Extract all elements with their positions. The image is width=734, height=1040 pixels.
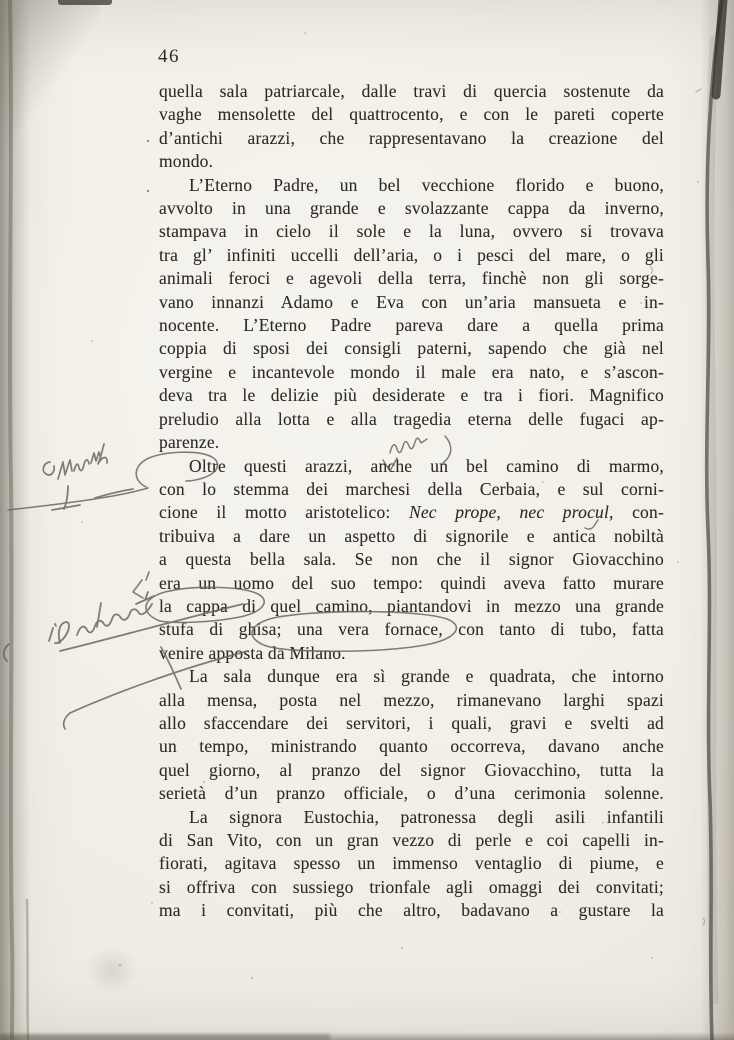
text-line: fiorati, agitava spesso un immenso venta… <box>159 852 664 875</box>
printed-text-segment: animali feroci e agevoli della terra, fi… <box>159 268 664 288</box>
text-line: avvolto in una grande e svolazzante capp… <box>159 197 664 220</box>
bottom-left-edge-shadow <box>0 1034 330 1040</box>
text-line: stampava in cielo il sole e la luna, ovv… <box>159 220 664 243</box>
text-block: quella sala patriarcale, dalle travi di … <box>159 80 664 923</box>
printed-text-segment: tra gl’ infiniti uccelli dell’aria, o i … <box>159 245 664 265</box>
text-line: stufa di ghisa; una vera fornace, con ta… <box>159 618 664 641</box>
text-line: alla mensa, posta nel mezzo, rimanevano … <box>159 689 664 712</box>
text-line: preludio alla lotta e alla tragedia eter… <box>159 408 664 431</box>
printed-text-segment: ma i convitati, più che altro, badavano … <box>159 900 664 920</box>
printed-text-segment: stampava in cielo il sole e la luna, ovv… <box>159 221 664 241</box>
printed-text-segment: d’antichi arazzi, che rappresentavano la… <box>159 128 664 148</box>
printed-text-segment: vaghe mensolette del quattrocento, e con… <box>159 104 664 124</box>
printed-text-segment: stufa di ghisa; una vera fornace, con ta… <box>159 619 664 639</box>
text-line: quel giorno, al pranzo del signor Giovac… <box>159 759 664 782</box>
text-line: si offriva con sussiego trionfale agli o… <box>159 876 664 899</box>
printed-text-segment: avvolto in una grande e svolazzante capp… <box>159 198 664 218</box>
printed-text-segment: vergine e incantevole mondo il male era … <box>159 362 664 382</box>
text-line: coppia di sposi dei consigli paterni, sa… <box>159 337 664 360</box>
printed-text-segment: con lo stemma dei marchesi della Cerbaia… <box>159 479 664 499</box>
printed-text-segment: quel giorno, al pranzo del signor Giovac… <box>159 760 664 780</box>
text-line: ma i convitati, più che altro, badavano … <box>159 899 664 922</box>
check-before-la-cappa <box>133 572 149 598</box>
text-line: mondo. <box>159 150 664 173</box>
printed-text-segment: cione il motto aristotelico: <box>159 502 409 522</box>
text-line: Oltre questi arazzi, anche un bel camino… <box>159 455 664 478</box>
printed-text-segment: serietà d’un pranzo officiale, o d’una c… <box>159 783 664 803</box>
printed-text-segment: La signora Eustochia, patronessa degli a… <box>189 807 664 827</box>
text-line: animali feroci e agevoli della terra, fi… <box>159 267 664 290</box>
text-line: d’antichi arazzi, che rappresentavano la… <box>159 127 664 150</box>
printed-text-segment: parenze. <box>159 432 219 452</box>
italic-motto-text: Nec prope, nec procul <box>409 502 609 522</box>
printed-text-segment: vano innanzi Adamo e Eva con un’aria man… <box>159 292 664 312</box>
text-line: vano innanzi Adamo e Eva con un’aria man… <box>159 291 664 314</box>
text-line: tra gl’ infiniti uccelli dell’aria, o i … <box>159 244 664 267</box>
printed-text-segment: fiorati, agitava spesso un immenso venta… <box>159 853 664 873</box>
text-line: allo sfaccendare dei servitori, i quali,… <box>159 712 664 735</box>
text-line: parenze. <box>159 431 664 454</box>
printed-text-segment: allo sfaccendare dei servitori, i quali,… <box>159 713 664 733</box>
text-line: La signora Eustochia, patronessa degli a… <box>159 806 664 829</box>
printed-text-segment: tribuiva a dare un aspetto di signorile … <box>159 526 664 546</box>
text-line: nocente. L’Eterno Padre pareva dare a qu… <box>159 314 664 337</box>
paper-smudge <box>86 948 138 992</box>
printed-text-segment: alla mensa, posta nel mezzo, rimanevano … <box>159 690 664 710</box>
printed-text-segment: coppia di sposi dei consigli paterni, sa… <box>159 338 664 358</box>
margin-note-1-scribble <box>43 444 107 479</box>
printed-text-segment: L’Eterno Padre, un bel vecchione florido… <box>189 175 664 195</box>
text-line: vaghe mensolette del quattrocento, e con… <box>159 103 664 126</box>
ink-dots <box>147 140 149 192</box>
right-fold-crease-band <box>700 0 734 1040</box>
printed-text-segment: La sala dunque era sì grande e quadrata,… <box>189 666 664 686</box>
text-line: tribuiva a dare un aspetto di signorile … <box>159 525 664 548</box>
text-line: deva tra le delizie più desiderate e tra… <box>159 384 664 407</box>
text-line: di San Vito, con un gran vezzo di perle … <box>159 829 664 852</box>
printed-text-segment: venire apposta da Milano. <box>159 643 346 663</box>
printed-text-segment: la cappa di quel camino, piantandovi in … <box>159 596 664 616</box>
text-line: la cappa di quel camino, piantandovi in … <box>159 595 664 618</box>
text-line: La sala dunque era sì grande e quadrata,… <box>159 665 664 688</box>
printed-text-segment: si offriva con sussiego trionfale agli o… <box>159 877 664 897</box>
left-edge-shadow <box>0 0 30 1040</box>
text-line: con lo stemma dei marchesi della Cerbaia… <box>159 478 664 501</box>
text-line: L’Eterno Padre, un bel vecchione florido… <box>159 174 664 197</box>
printed-text-segment: Oltre questi arazzi, anche un bel camino… <box>189 456 664 476</box>
text-line: quella sala patriarcale, dalle travi di … <box>159 80 664 103</box>
text-line: serietà d’un pranzo officiale, o d’una c… <box>159 782 664 805</box>
printed-text-segment: quella sala patriarcale, dalle travi di … <box>159 81 664 101</box>
top-edge-fragment <box>58 0 112 5</box>
text-line: vergine e incantevole mondo il male era … <box>159 361 664 384</box>
printed-text-segment: era un uomo del suo tempo: quindi aveva … <box>159 573 664 593</box>
printed-text-segment: a questa bella sala. Se non che il signo… <box>159 549 664 569</box>
printed-text-segment: deva tra le delizie più desiderate e tra… <box>159 385 664 405</box>
printed-text-segment: , con- <box>609 502 664 522</box>
printed-text-segment: nocente. L’Eterno Padre pareva dare a qu… <box>159 315 664 335</box>
printed-text-segment: di San Vito, con un gran vezzo di perle … <box>159 830 664 850</box>
text-line: venire apposta da Milano. <box>159 642 664 665</box>
printed-text-segment: un tempo, ministrando quanto occorreva, … <box>159 736 664 756</box>
text-line: cione il motto aristotelico: Nec prope, … <box>159 501 664 524</box>
text-line: era un uomo del suo tempo: quindi aveva … <box>159 572 664 595</box>
text-line: un tempo, ministrando quanto occorreva, … <box>159 735 664 758</box>
printed-text-segment: mondo. <box>159 151 213 171</box>
base-cross-mark <box>52 486 133 510</box>
printed-text-segment: preludio alla lotta e alla tragedia eter… <box>159 409 664 429</box>
text-line: a questa bella sala. Se non che il signo… <box>159 548 664 571</box>
book-page: 46 quella sala patriarcale, dalle travi … <box>0 0 734 1040</box>
page-number: 46 <box>158 46 180 68</box>
